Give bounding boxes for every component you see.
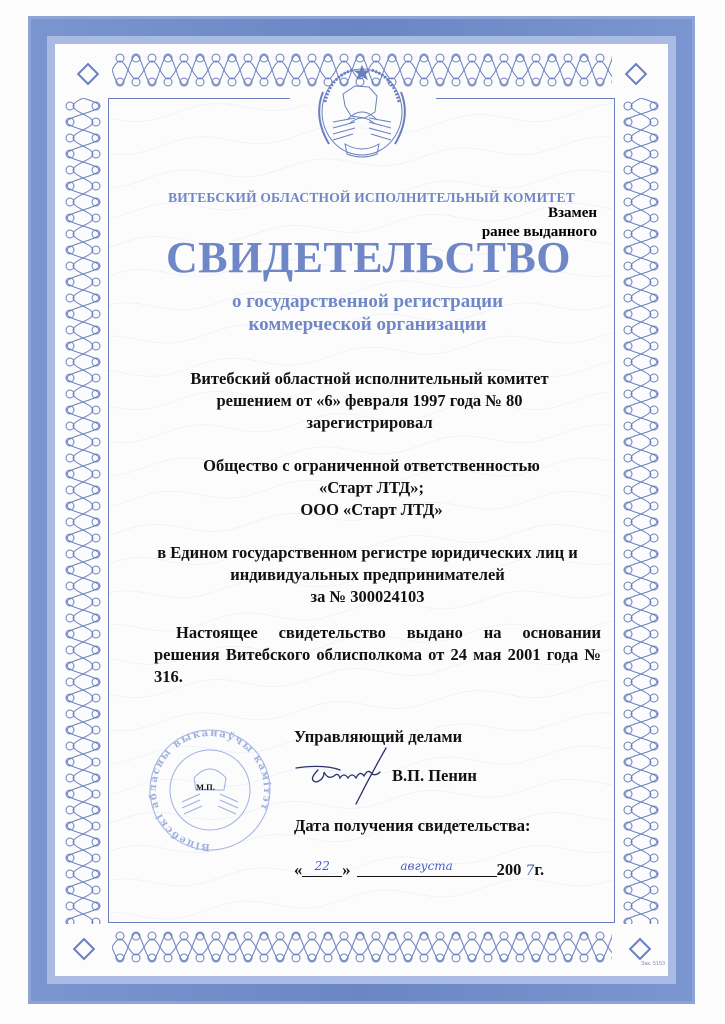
registration-line: Витебский областной исполнительный комит… — [124, 368, 615, 390]
registration-statement: Витебский областной исполнительный комит… — [108, 368, 615, 434]
register-line: в Едином государственном регистре юридич… — [120, 542, 615, 564]
company-line: Общество с ограниченной ответственностью — [128, 455, 615, 477]
year-prefix: 200 — [497, 860, 522, 879]
registration-line: решением от «6» февраля 1997 года № 80 — [124, 390, 615, 412]
year-suffix: г. — [534, 860, 544, 879]
replacement-note-line: Взамен — [482, 204, 597, 223]
month-handwritten: августа — [357, 859, 497, 873]
open-quote: « — [294, 860, 302, 879]
document-subtitle: о государственной регистрации коммерческ… — [108, 290, 615, 336]
month-field: августа — [357, 860, 497, 877]
ornament-border-right — [622, 98, 660, 924]
register-entry: в Едином государственном регистре юридич… — [108, 542, 615, 608]
stamp-place-label: М.П. — [196, 782, 215, 792]
register-line: индивидуальных предпринимателей — [120, 564, 615, 586]
ornament-border-bottom — [112, 930, 612, 964]
close-quote: » — [342, 860, 350, 879]
handwritten-signature — [294, 746, 394, 806]
signatory-name: В.П. Пенин — [392, 766, 477, 786]
company-line: ООО «Старт ЛТД» — [128, 499, 615, 521]
receipt-date-label: Дата получения свидетельства: — [294, 816, 531, 836]
register-line: за № 300024103 — [120, 586, 615, 608]
registration-line: зарегистрировал — [124, 412, 615, 434]
signatory-title: Управляющий делами — [294, 727, 462, 747]
print-order-code: Зак. 5153 — [641, 961, 665, 967]
receipt-date: «22» августа200 7г. — [294, 860, 544, 880]
ornament-border-left — [64, 98, 102, 924]
subtitle-line: коммерческой организации — [120, 313, 615, 336]
day-handwritten: 22 — [302, 859, 342, 873]
subtitle-line: о государственной регистрации — [120, 290, 615, 313]
document-title: СВИДЕТЕЛЬСТВО — [108, 232, 615, 283]
company-name: Общество с ограниченной ответственностью… — [108, 455, 615, 521]
issuance-basis-text: Настоящее свидетельство выдано на основа… — [154, 623, 601, 686]
company-line: «Старт ЛТД»; — [128, 477, 615, 499]
day-field: 22 — [302, 860, 342, 877]
issuance-basis: Настоящее свидетельство выдано на основа… — [154, 622, 601, 688]
